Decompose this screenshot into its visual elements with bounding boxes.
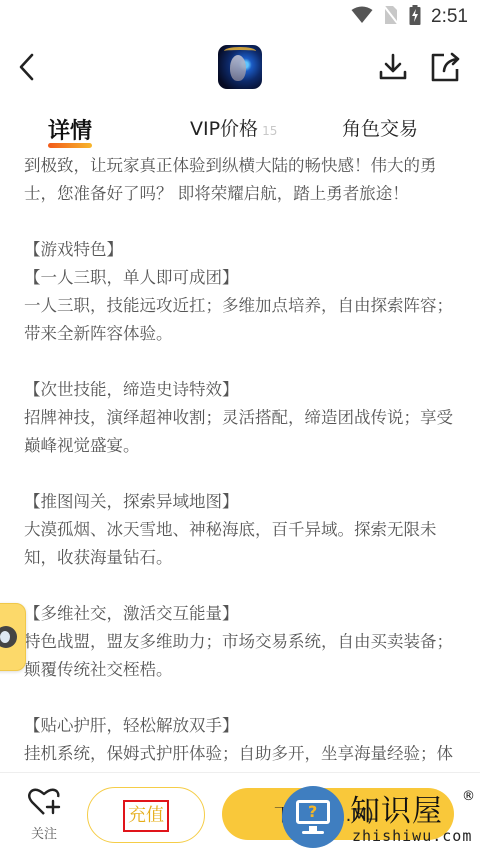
- share-button[interactable]: [430, 51, 462, 83]
- watermark-registered-mark: ®: [462, 789, 475, 804]
- game-app-icon: [218, 45, 262, 89]
- recharge-button[interactable]: 充值: [87, 787, 205, 843]
- follow-button[interactable]: 关注: [24, 787, 64, 842]
- back-button[interactable]: [14, 50, 42, 84]
- wifi-icon: [351, 6, 373, 28]
- intro-text: 到极致，让玩家真正体验到纵横大陆的畅快感！伟大的勇士，您准备好了吗？ 即将荣耀启…: [24, 152, 464, 208]
- section-title: 【多维社交，激活交互能量】: [24, 600, 464, 628]
- share-icon: [430, 51, 462, 83]
- watermark-logo: ?: [282, 786, 344, 848]
- section-body: 招牌神技，演绎超神收割；灵活搭配，缔造团战传说；享受巅峰视觉盛宴。: [24, 404, 464, 460]
- active-tab-indicator: [48, 143, 92, 148]
- top-app-bar: [0, 34, 480, 100]
- battery-charging-icon: [409, 5, 421, 29]
- app-detail-screen: 2:51 详情 VIP价格15 角色交易 到极致，让玩家真正体: [0, 0, 480, 853]
- no-sim-icon: [383, 5, 399, 29]
- section-title: 【次世技能，缔造史诗特效】: [24, 376, 464, 404]
- tab-details[interactable]: 详情: [48, 114, 92, 145]
- tab-vip-price-count: 15: [262, 124, 277, 138]
- section-title: 【一人三职，单人即可成团】: [24, 264, 464, 292]
- watermark-brand: 知识屋: [350, 786, 443, 830]
- section-body: 一人三职，技能远攻近扛；多维加点培养，自由探索阵容；带来全新阵容体验。: [24, 292, 464, 348]
- tab-character-trade[interactable]: 角色交易: [342, 114, 418, 141]
- tab-bar: 详情 VIP价格15 角色交易: [0, 108, 480, 150]
- watermark-url: zhishiwu.com: [352, 827, 472, 845]
- section-body: 特色战盟，盟友多维助力；市场交易系统，自由买卖装备；颠覆传统社交桎梏。: [24, 628, 464, 684]
- section-body: 大漠孤烟、冰天雪地、神秘海底，百千异域。探索无限未知，收获海量钻石。: [24, 516, 464, 572]
- assistant-avatar-icon: [0, 626, 17, 648]
- status-time: 2:51: [431, 6, 468, 28]
- download-button[interactable]: [378, 52, 408, 82]
- chevron-left-icon: [14, 50, 42, 84]
- monitor-question-icon: ?: [296, 800, 330, 824]
- download-icon: [378, 52, 408, 82]
- section-title: 【贴心护肝，轻松解放双手】: [24, 712, 464, 740]
- heart-plus-icon: [27, 787, 61, 817]
- section-title: 【推图闯关，探索异域地图】: [24, 488, 464, 516]
- tab-character-trade-label: 角色交易: [342, 118, 418, 140]
- follow-label: 关注: [24, 823, 64, 842]
- game-description: 到极致，让玩家真正体验到纵横大陆的畅快感！伟大的勇士，您准备好了吗？ 即将荣耀启…: [24, 152, 464, 796]
- tab-vip-price-label: VIP价格: [190, 118, 258, 140]
- recharge-label: 充值: [123, 800, 169, 832]
- floating-assistant-button[interactable]: [0, 603, 26, 671]
- features-heading: 【游戏特色】: [24, 236, 464, 264]
- status-bar: 2:51: [0, 0, 480, 34]
- tab-vip-price[interactable]: VIP价格15: [190, 114, 277, 141]
- tab-details-label: 详情: [48, 119, 92, 144]
